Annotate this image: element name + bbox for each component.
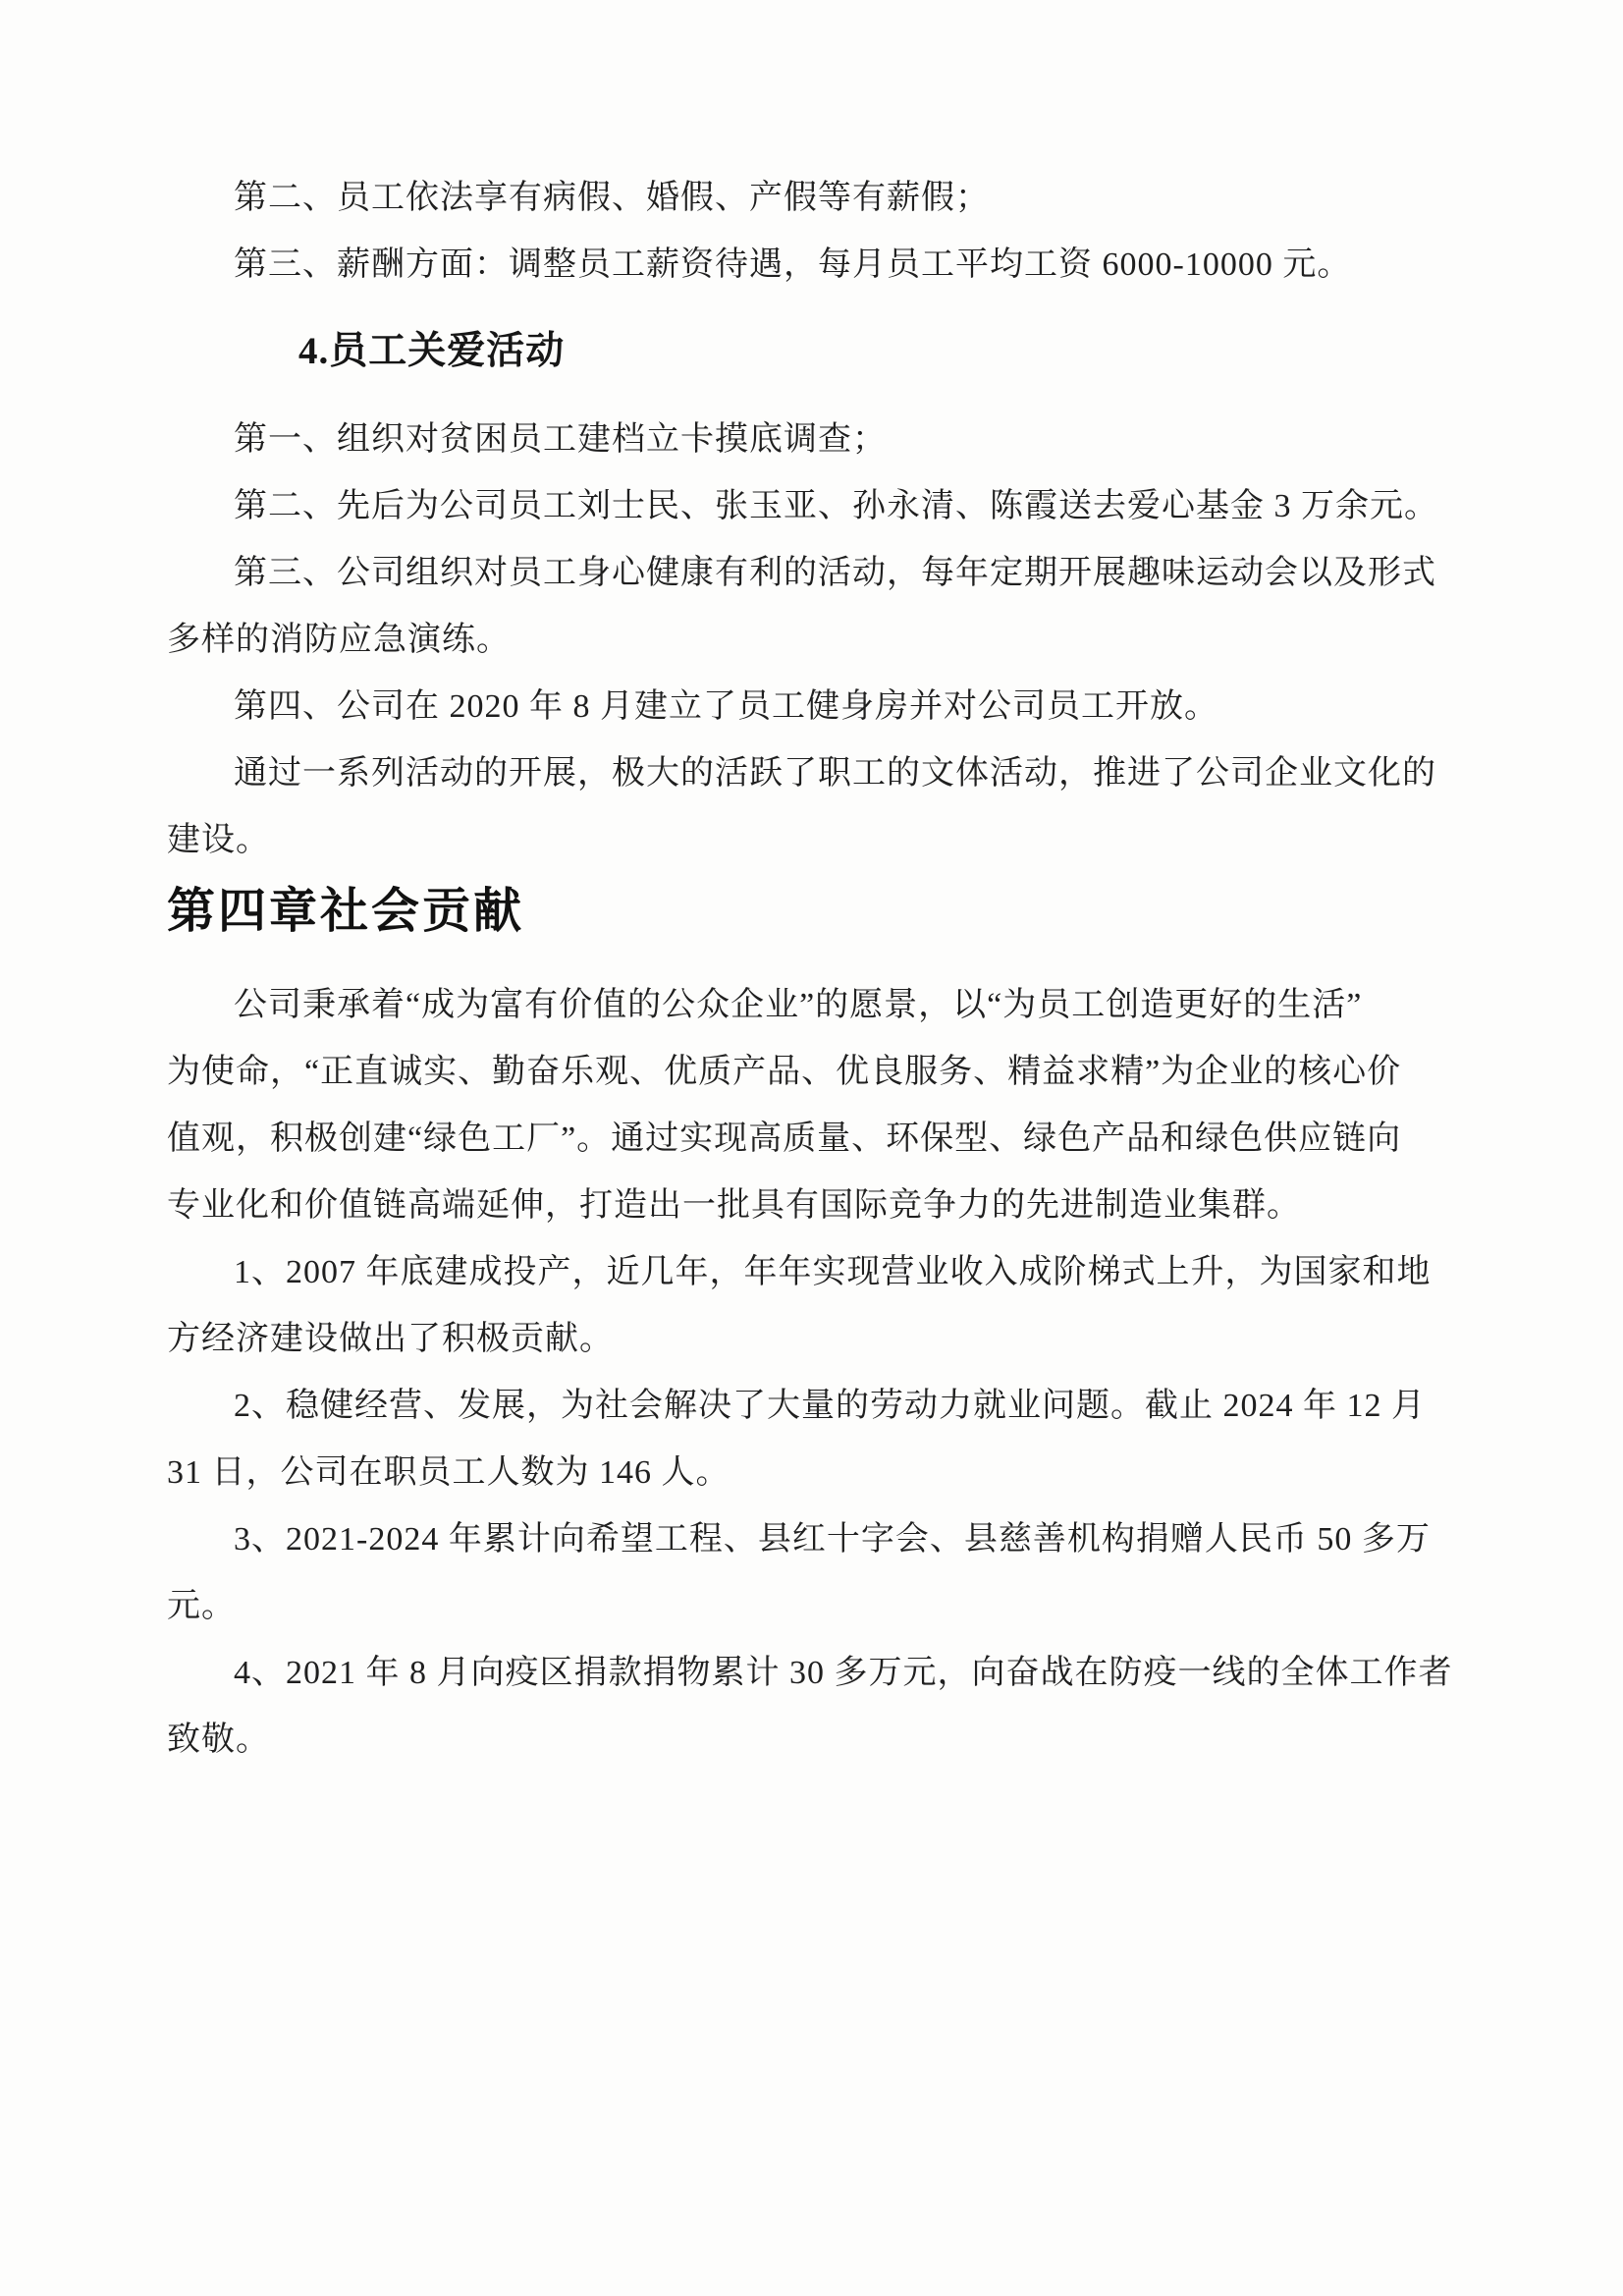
body-line: 第二、员工依法享有病假、婚假、产假等有薪假； bbox=[167, 165, 1465, 232]
body-line: 专业化和价值链高端延伸，打造出一批具有国际竞争力的先进制造业集群。 bbox=[167, 1173, 1465, 1239]
body-line: 第二、先后为公司员工刘士民、张玉亚、孙永清、陈霞送去爱心基金 3 万余元。 bbox=[167, 473, 1465, 540]
body-line: 第一、组织对贫困员工建档立卡摸底调查； bbox=[167, 407, 1465, 473]
body-line: 第三、公司组织对员工身心健康有利的活动，每年定期开展趣味运动会以及形式 bbox=[167, 540, 1465, 607]
body-line: 第三、薪酬方面：调整员工薪资待遇，每月员工平均工资 6000-10000 元。 bbox=[167, 232, 1465, 299]
chapter-heading-social-contribution: 第四章社会贡献 bbox=[167, 874, 1465, 949]
body-line: 建设。 bbox=[167, 807, 1465, 874]
body-line: 31 日，公司在职员工人数为 146 人。 bbox=[167, 1440, 1465, 1506]
body-line: 通过一系列活动的开展，极大的活跃了职工的文体活动，推进了公司企业文化的 bbox=[167, 740, 1465, 807]
body-line: 4、2021 年 8 月向疫区捐款捐物累计 30 多万元，向奋战在防疫一线的全体… bbox=[167, 1640, 1465, 1707]
body-line: 公司秉承着“成为富有价值的公众企业”的愿景，以“为员工创造更好的生活” bbox=[167, 972, 1465, 1039]
body-line: 元。 bbox=[167, 1573, 1465, 1640]
body-line: 2、稳健经营、发展，为社会解决了大量的劳动力就业问题。截止 2024 年 12 … bbox=[167, 1373, 1465, 1440]
body-line: 多样的消防应急演练。 bbox=[167, 607, 1465, 674]
body-line: 第四、公司在 2020 年 8 月建立了员工健身房并对公司员工开放。 bbox=[167, 674, 1465, 740]
page-content: 第二、员工依法享有病假、婚假、产假等有薪假； 第三、薪酬方面：调整员工薪资待遇，… bbox=[167, 165, 1465, 1774]
body-line: 方经济建设做出了积极贡献。 bbox=[167, 1306, 1465, 1373]
body-line: 致敬。 bbox=[167, 1707, 1465, 1774]
document-page: 第二、员工依法享有病假、婚假、产假等有薪假； 第三、薪酬方面：调整员工薪资待遇，… bbox=[0, 0, 1623, 2296]
body-line: 3、2021-2024 年累计向希望工程、县红十字会、县慈善机构捐赠人民币 50… bbox=[167, 1506, 1465, 1573]
body-line: 1、2007 年底建成投产，近几年，年年实现营业收入成阶梯式上升，为国家和地 bbox=[167, 1239, 1465, 1306]
body-line: 为使命，“正直诚实、勤奋乐观、优质产品、优良服务、精益求精”为企业的核心价 bbox=[167, 1039, 1465, 1106]
body-line: 值观，积极创建“绿色工厂”。通过实现高质量、环保型、绿色产品和绿色供应链向 bbox=[167, 1106, 1465, 1173]
section-heading-employee-care: 4.员工关爱活动 bbox=[167, 310, 1465, 393]
